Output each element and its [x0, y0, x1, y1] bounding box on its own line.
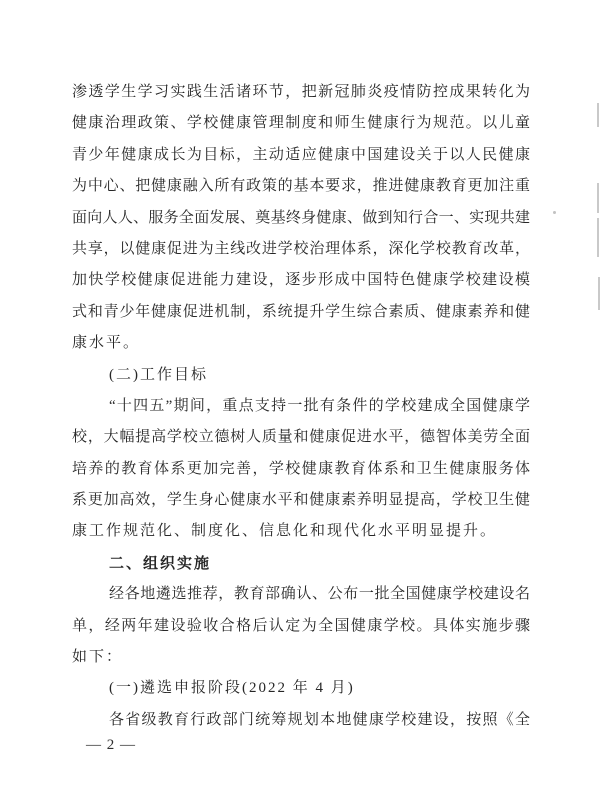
heading-work-goals: (二)工作目标 — [72, 360, 530, 391]
paragraph-line: 渗透学生学习实践生活诸环节，把新冠肺炎疫情防控成果转化为 — [72, 77, 530, 108]
heading-organization-implementation: 二、组织实施 — [72, 548, 530, 579]
paragraph-line: 为中心、把健康融入所有政策的基本要求，推进健康教育更加注重 — [72, 171, 530, 202]
scan-artifact — [597, 103, 599, 127]
paragraph-line: 共享，以健康促进为主线改进学校治理体系，深化学校教育改革， — [72, 234, 530, 265]
paragraph-line: 式和青少年健康促进机制，系统提升学生综合素质、健康素养和健 — [72, 297, 530, 328]
page-number: — 2 — — [86, 736, 136, 754]
scan-artifact — [597, 218, 599, 257]
paragraph-line: 各省级教育行政部门统筹规划本地健康学校建设，按照《全 — [72, 705, 530, 736]
paragraph-line: “十四五”期间，重点支持一批有条件的学校建成全国健康学 — [72, 391, 530, 422]
paragraph-line: 康水平。 — [72, 328, 530, 359]
paragraph-line: 校，大幅提高学校立德树人质量和健康促进水平，德智体美劳全面 — [72, 422, 530, 453]
paragraph-line: 经各地遴选推荐，教育部确认、公布一批全国健康学校建设名 — [72, 579, 530, 610]
paragraph-line: 培养的教育体系更加完善，学校健康教育体系和卫生健康服务体 — [72, 454, 530, 485]
paragraph-line: 系更加高效，学生身心健康水平和健康素养明显提高，学校卫生健 — [72, 485, 530, 516]
paragraph-line: 青少年健康成长为目标，主动适应健康中国建设关于以人民健康 — [72, 140, 530, 171]
paragraph-line: 单，经两年建设验收合格后认定为全国健康学校。具体实施步骤 — [72, 611, 530, 642]
paragraph-line: 如下： — [72, 642, 530, 673]
scan-artifact — [597, 183, 599, 213]
document-body: 渗透学生学习实践生活诸环节，把新冠肺炎疫情防控成果转化为 健康治理政策、学校健康… — [72, 77, 530, 736]
paragraph-line: 健康治理政策、学校健康管理制度和师生健康行为规范。以儿童 — [72, 108, 530, 139]
paragraph-line: 加快学校健康促进能力建设，逐步形成中国特色健康学校建设模 — [72, 265, 530, 296]
paragraph-line: 康工作规范化、制度化、信息化和现代化水平明显提升。 — [72, 516, 530, 547]
paragraph-line: 面向人人、服务全面发展、奠基终身健康、做到知行合一、实现共建 — [72, 203, 530, 234]
scan-artifact — [553, 211, 556, 214]
document-page: 渗透学生学习实践生活诸环节，把新冠肺炎疫情防控成果转化为 健康治理政策、学校健康… — [0, 0, 600, 800]
heading-selection-application-stage: (一)遴选申报阶段(2022 年 4 月) — [72, 673, 530, 704]
